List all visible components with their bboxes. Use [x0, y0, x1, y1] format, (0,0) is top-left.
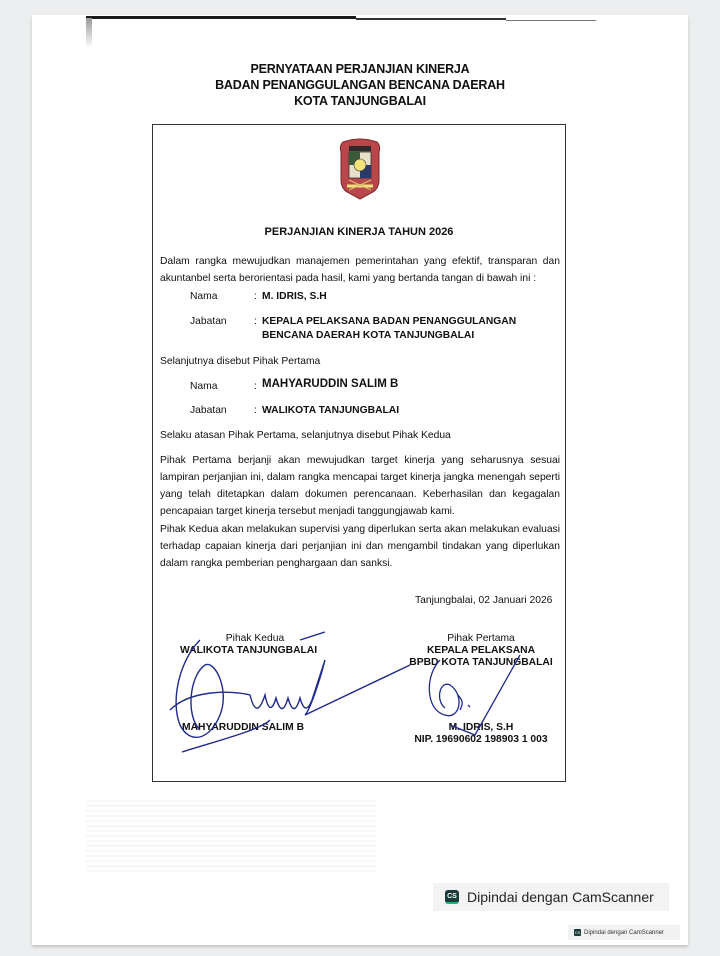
first-party-title-line-1: KEPALA PELAKSANA [396, 645, 566, 657]
camscanner-watermark-small-text: Dipindai dengan CamScanner [584, 930, 664, 936]
colon: : [254, 405, 257, 416]
second-party-title: WALIKOTA TANJUNGBALAI [160, 645, 330, 657]
commitment-paragraph: Pihak Pertama berjanji akan mewujudkan t… [160, 452, 560, 520]
document-heading-line-3: KOTA TANJUNGBALAI [0, 94, 720, 109]
city-coat-of-arms-icon [337, 136, 383, 200]
colon: : [254, 381, 257, 392]
first-party-signer-name: M. IDRIS, S.H [396, 722, 566, 734]
first-party-nip: NIP. 19690602 198903 1 003 [396, 734, 566, 746]
bleed-through-text [86, 800, 376, 872]
camscanner-watermark: CS Dipindai dengan CamScanner [433, 883, 669, 911]
camscanner-icon: CS [574, 929, 581, 936]
second-party-name-value: MAHYARUDDIN SALIM B [262, 378, 398, 390]
first-party-role: Pihak Pertama [396, 633, 566, 645]
camscanner-watermark-text: Dipindai dengan CamScanner [467, 889, 654, 905]
camscanner-icon: CS [445, 890, 459, 904]
first-party-name-label: Nama [190, 291, 217, 302]
first-party-title-line-2: BPBD KOTA TANJUNGBALAI [396, 657, 566, 669]
second-party-note: Selaku atasan Pihak Pertama, selanjutnya… [160, 430, 451, 441]
intro-paragraph: Dalam rangka mewujudkan manajemen pemeri… [160, 253, 560, 287]
first-party-position-label: Jabatan [190, 316, 227, 327]
second-party-role: Pihak Kedua [160, 633, 330, 645]
first-party-note: Selanjutnya disebut Pihak Pertama [160, 356, 320, 367]
first-party-position-line-1: KEPALA PELAKSANA BADAN PENANGGULANGAN [262, 316, 516, 327]
second-party-signer: MAHYARUDDIN SALIM B [170, 722, 330, 734]
second-party-signature-block: Pihak Kedua WALIKOTA TANJUNGBALAI [160, 633, 330, 657]
scan-shadow [86, 18, 92, 48]
agreement-title: PERJANJIAN KINERJA TAHUN 2026 [152, 226, 566, 238]
scan-edge [506, 20, 596, 21]
scan-edge [86, 16, 356, 19]
second-party-signer-name: MAHYARUDDIN SALIM B [170, 722, 330, 734]
first-party-signature-block: Pihak Pertama KEPALA PELAKSANA BPBD KOTA… [396, 633, 566, 669]
second-party-position-label: Jabatan [190, 405, 227, 416]
document-heading-line-1: PERNYATAAN PERJANJIAN KINERJA [0, 62, 720, 77]
first-party-name-value: M. IDRIS, S.H [262, 291, 327, 302]
colon: : [254, 291, 257, 302]
supervision-paragraph: Pihak Kedua akan melakukan supervisi yan… [160, 521, 560, 572]
place-and-date: Tanjungbalai, 02 Januari 2026 [415, 595, 552, 606]
camscanner-watermark-small: CS Dipindai dengan CamScanner [568, 925, 680, 940]
second-party-position-value: WALIKOTA TANJUNGBALAI [262, 405, 399, 416]
first-party-signer: M. IDRIS, S.H NIP. 19690602 198903 1 003 [396, 722, 566, 746]
document-heading-line-2: BADAN PENANGGULANGAN BENCANA DAERAH [0, 78, 720, 93]
colon: : [254, 316, 257, 327]
second-party-name-label: Nama [190, 381, 217, 392]
scan-edge [356, 18, 506, 20]
first-party-position-line-2: BENCANA DAERAH KOTA TANJUNGBALAI [262, 330, 474, 341]
